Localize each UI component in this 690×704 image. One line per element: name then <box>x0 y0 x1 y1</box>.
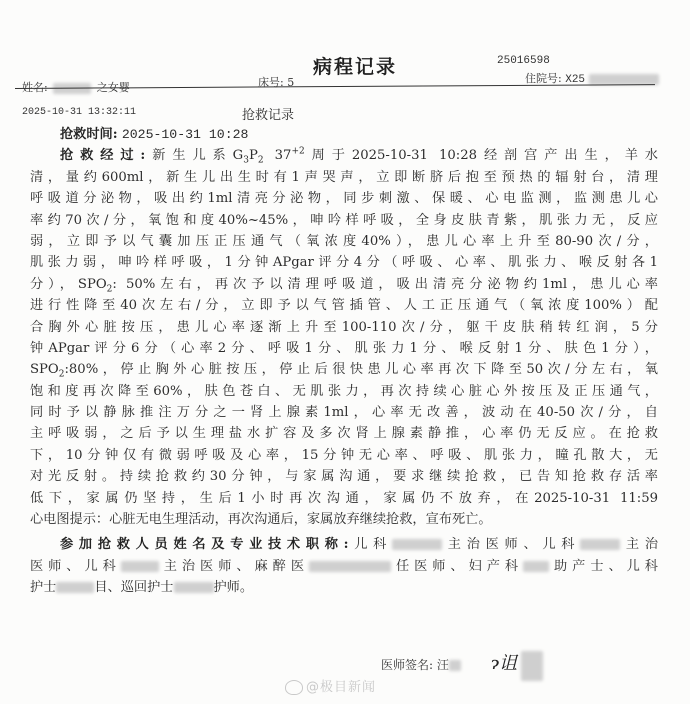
process-line: 清，量约600ml，新生儿出生时有1声哭声，立即断脐后抱至预热的辐射台，清理 <box>30 167 658 188</box>
signature-surname: 汪 <box>437 658 449 672</box>
physician-signature: 医师签名: 汪 ɂ诅 <box>381 649 543 681</box>
process-line: 对光反射。持续抢救约30分钟，与家属沟通，要求继续抢救，已告知抢救存活率 <box>30 466 658 487</box>
redacted-name <box>523 561 549 572</box>
rescue-time-line: 抢救时间: 2025-10-31 10:28 <box>30 124 658 145</box>
redacted-admission-number <box>589 74 659 85</box>
redacted-signature <box>521 651 543 681</box>
redacted-name <box>392 539 442 550</box>
admission-label: 住院号: <box>525 72 562 85</box>
process-line-spo2: SPO2:80%，停止胸外心脏按压，停止后很快患儿心率再次下降至50次/分左右，… <box>30 359 658 380</box>
participants-line-3: 护士目、巡回护士护师。 <box>30 577 658 598</box>
participants-section: 参加抢救人员姓名及专业技术职称:儿科主治医师、儿科主治 医师、儿科主治医师、麻醉… <box>30 534 658 598</box>
process-line: 心电图提示：心脏无电生理活动，再次沟通后，家属放弃继续抢救，宣布死亡。 <box>30 509 658 530</box>
redacted-name <box>309 561 391 572</box>
process-line: 钟APgar评分6分（心率2分、呼吸1分、肌张力1分、喉反射1分、肤色1分）， <box>30 338 658 359</box>
record-timestamp: 2025-10-31 13:32:11 <box>22 107 136 118</box>
redacted-name <box>449 660 461 671</box>
process-label: 抢救经过: <box>60 148 145 163</box>
rescue-time-value: 2025-10-31 10:28 <box>122 127 249 142</box>
process-line: 进行性降至40次左右/分，立即予以气管插管、人工正压通气（氧浓度100%）配 <box>30 295 658 316</box>
watermark: @极目新闻 <box>285 676 376 695</box>
process-line: 率约70次/分，氧饱和度40%~45%，呻吟样呼吸，全身皮肤青紫，肌张力无，反应 <box>30 210 658 231</box>
process-line: 合胸外心脏按压，患儿心率逐渐上升至100-110次/分，躯干皮肤稍转红润，5分 <box>30 317 658 338</box>
process-line: 低下，家属仍坚持，生后1小时再次沟通，家属仍不放弃，在2025-10-31 11… <box>30 488 658 509</box>
process-line-spo2: 分），SPO2: 50%左右，再次予以清理呼吸道，吸出清亮分泌物约1ml，患儿心… <box>30 274 658 295</box>
record-type-heading: 抢救记录 <box>242 104 294 123</box>
signature-label: 医师签名: <box>381 658 433 672</box>
process-line: 肌张力弱，呻吟样呼吸，1分钟APgar评分4分（呼吸、心率、肌张力、喉反射各1 <box>30 252 658 273</box>
process-line: 呼吸道分泌物，吸出约1ml清亮分泌物，同步刺激、保暖、心电监测，监测患儿心 <box>30 188 658 209</box>
document-number: 25016598 <box>497 55 550 67</box>
rescue-time-label: 抢救时间: <box>60 127 118 142</box>
redacted-name <box>580 539 620 550</box>
process-line: 饱和度再次降至60%，肤色苍白、无肌张力，再次持续心脏心外按压及正压通气， <box>30 381 658 402</box>
redacted-name <box>56 582 94 593</box>
process-line: 下，10分钟仅有微弱呼吸及心率，15分钟无心率、呼吸、肌张力，瞳孔散大，无 <box>30 445 658 466</box>
participants-line-1: 参加抢救人员姓名及专业技术职称:儿科主治医师、儿科主治 <box>30 534 658 555</box>
redacted-name <box>174 582 214 593</box>
participants-line-2: 医师、儿科主治医师、麻醉医任医师、妇产科助产士、儿科 <box>30 556 658 577</box>
bed-number-field: 床号: 5 <box>258 74 294 90</box>
weibo-icon <box>285 680 303 695</box>
process-line: 主呼吸弱，之后予以生理盐水扩容及多次肾上腺素静推，心率仍无反应。在抢救 <box>30 423 658 444</box>
participants-label: 参加抢救人员姓名及专业技术职称: <box>60 537 349 552</box>
redacted-name <box>121 561 159 572</box>
medical-record-page: 病程记录 25016598 姓名: 之女婴 床号: 5 住院号: X25 202… <box>0 0 690 704</box>
process-line: 同时予以静脉推注万分之一肾上腺素1ml，心率无改善，波动在40-50次/分，自 <box>30 402 658 423</box>
process-line-1: 抢救经过:新生儿系G3P2 37+2周于2025-10-31 10:28经剖宫产… <box>30 145 658 166</box>
record-body: 抢救时间: 2025-10-31 10:28 抢救经过:新生儿系G3P2 37+… <box>30 124 658 599</box>
handwritten-signature: ɂ诅 <box>491 653 517 674</box>
process-line: 弱，立即予以气囊加压正压通气（氧浓度40%），患儿心率上升至80-90次/分， <box>30 231 658 252</box>
